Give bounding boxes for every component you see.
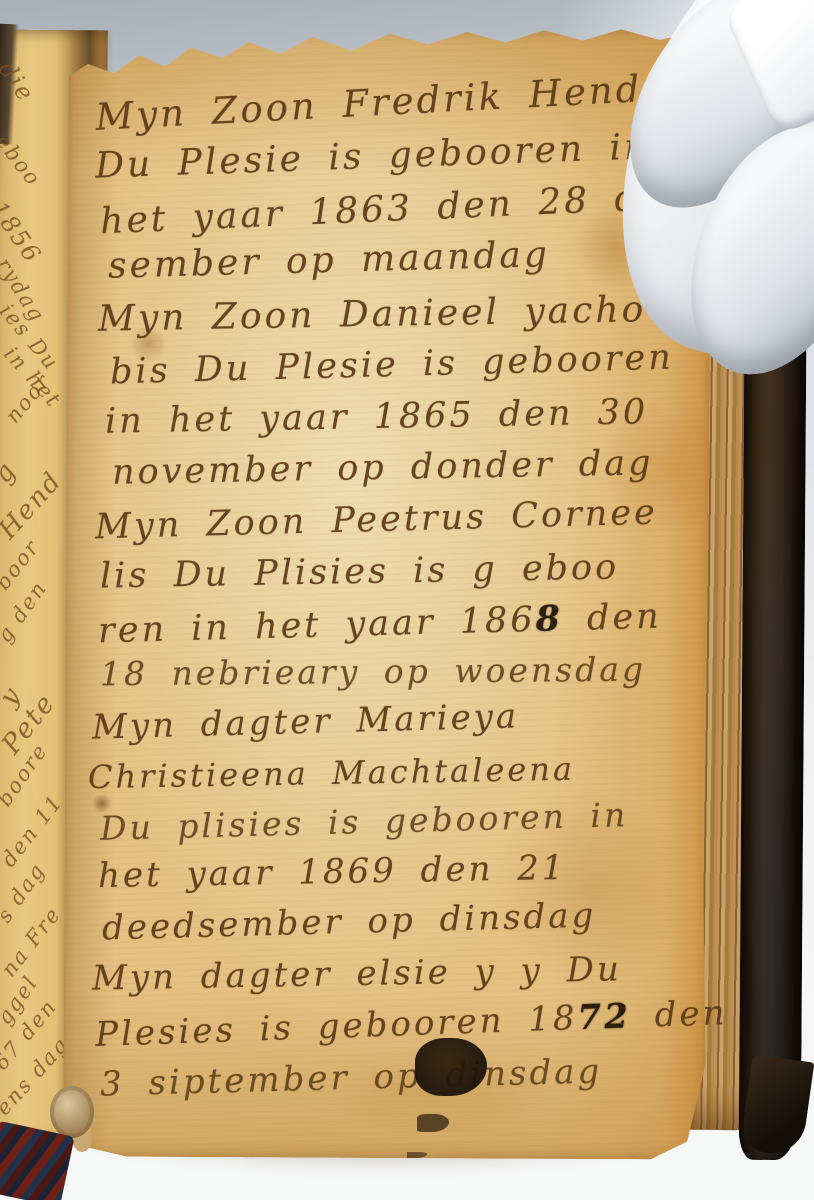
handwritten-line: het yaar 1869 den 21	[98, 848, 567, 896]
handwritten-line: Christieena Machtaleena	[88, 750, 576, 796]
handwritten-line: bis Du Plesie is gebooren	[110, 338, 675, 393]
handwritten-line: in het yaar 1865 den 30	[105, 392, 649, 441]
overwritten-digit: 72	[577, 996, 632, 1038]
line-text: den	[562, 597, 662, 640]
handwritten-line: 18 nebrieary op woensdag	[100, 650, 646, 694]
overwritten-digit: 8	[535, 598, 563, 640]
handwritten-line: sember op maandag	[108, 234, 551, 287]
handwritten-line: ren in het yaar 1868 den	[98, 596, 663, 652]
handwritten-line: Myn Zoon Peetrus Cornee	[95, 493, 659, 548]
handwritten-line: deedsember op dinsdag	[102, 896, 597, 949]
handwritten-line: Du plisies is gebooren in	[100, 795, 629, 848]
handwritten-line: Myn dagter Marieya	[92, 696, 520, 747]
photo-of-manuscript-book: die eboo 1856 rydag ies Du in het noor g…	[0, 0, 814, 1200]
handwritten-line: 3 siptember op dinsdag	[100, 1051, 603, 1104]
handwritten-line: Plesies is gebooren 1872 den	[94, 993, 728, 1055]
handwritten-line: Myn Zoon Danieel yacho	[98, 289, 647, 340]
handwritten-line: Du Plesie is gebooren in	[94, 126, 650, 186]
line-text: Plesies is gebooren 18	[94, 998, 578, 1055]
line-text: den	[630, 993, 728, 1036]
binding-thread	[50, 1086, 94, 1138]
handwritten-line: november op donder dag	[112, 443, 654, 492]
handwritten-line: Myn dagter elsie y y Du	[92, 949, 622, 998]
line-text: ren in het yaar 186	[98, 600, 536, 651]
handwritten-line: lis Du Plisies is g eboo	[100, 547, 620, 596]
